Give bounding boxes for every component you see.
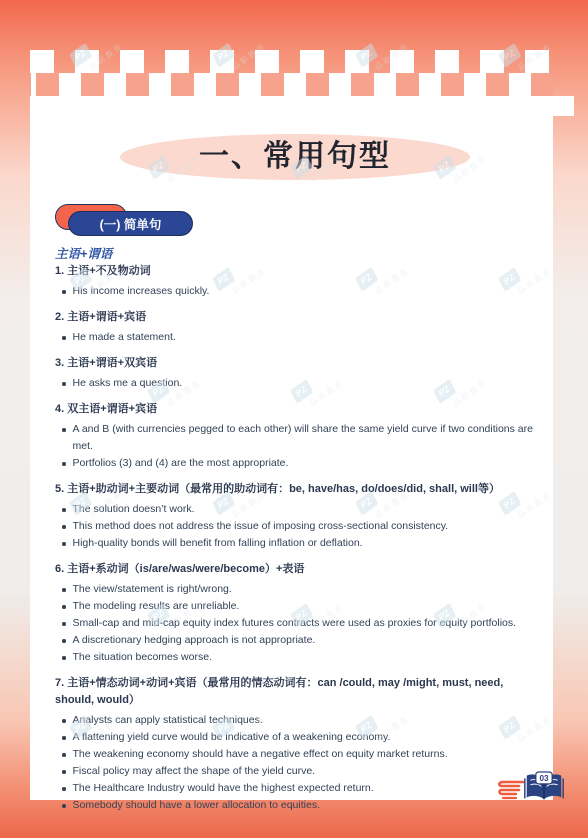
example-text: Small-cap and mid-cap equity index futur… bbox=[73, 615, 517, 632]
bullet-icon bbox=[62, 462, 66, 466]
bullet-icon bbox=[62, 588, 66, 592]
section-heading: 7. 主语+情态动词+动词+宾语（最常用的情态动词有：can /could, m… bbox=[55, 675, 545, 709]
example-text: A flattening yield curve would be indica… bbox=[73, 729, 391, 746]
bullet-icon bbox=[62, 542, 66, 546]
checker-pattern-top bbox=[30, 50, 553, 73]
example-text: Somebody should have a lower allocation … bbox=[73, 797, 321, 814]
example-item: Portfolios (3) and (4) are the most appr… bbox=[55, 455, 545, 472]
bullet-icon bbox=[62, 508, 66, 512]
corner-step-square bbox=[553, 96, 574, 116]
example-item: The modeling results are unreliable. bbox=[55, 598, 545, 615]
section-badge: (一) 简单句 bbox=[55, 204, 195, 238]
bullet-icon bbox=[62, 382, 66, 386]
pattern-section: 5. 主语+助动词+主要动词（最常用的助动词有：be, have/has, do… bbox=[55, 481, 545, 552]
badge-label: (一) 简单句 bbox=[68, 211, 193, 236]
example-text: He made a statement. bbox=[73, 329, 176, 346]
document-page: { "page": { "title": "一、常用句型", "badge": … bbox=[0, 0, 588, 838]
example-item: The weakening economy should have a nega… bbox=[55, 746, 545, 763]
example-item: His income increases quickly. bbox=[55, 283, 545, 300]
checker-pattern-bottom bbox=[30, 73, 553, 96]
example-text: The situation becomes worse. bbox=[73, 649, 212, 666]
example-list: He made a statement. bbox=[55, 329, 545, 346]
example-item: Small-cap and mid-cap equity index futur… bbox=[55, 615, 545, 632]
example-item: A flattening yield curve would be indica… bbox=[55, 729, 545, 746]
bullet-icon bbox=[62, 719, 66, 723]
example-item: This method does not address the issue o… bbox=[55, 518, 545, 535]
example-list: A and B (with currencies pegged to each … bbox=[55, 421, 545, 472]
example-item: A and B (with currencies pegged to each … bbox=[55, 421, 545, 455]
example-text: Analysts can apply statistical technique… bbox=[73, 712, 263, 729]
open-book-icon: 03 bbox=[524, 771, 564, 809]
section-heading: 5. 主语+助动词+主要动词（最常用的助动词有：be, have/has, do… bbox=[55, 481, 545, 498]
example-text: Fiscal policy may affect the shape of th… bbox=[73, 763, 316, 780]
title-banner: 一、常用句型 bbox=[120, 134, 470, 180]
bullet-icon bbox=[62, 804, 66, 808]
example-item: He asks me a question. bbox=[55, 375, 545, 392]
example-item: The solution doesn’t work. bbox=[55, 501, 545, 518]
pattern-section: 7. 主语+情态动词+动词+宾语（最常用的情态动词有：can /could, m… bbox=[55, 675, 545, 814]
example-text: He asks me a question. bbox=[73, 375, 183, 392]
example-text: The solution doesn’t work. bbox=[73, 501, 195, 518]
bullet-icon bbox=[62, 736, 66, 740]
example-text: A and B (with currencies pegged to each … bbox=[73, 421, 546, 455]
bullet-icon bbox=[62, 787, 66, 791]
example-list: Analysts can apply statistical technique… bbox=[55, 712, 545, 814]
example-item: He made a statement. bbox=[55, 329, 545, 346]
section-heading: 2. 主语+谓语+宾语 bbox=[55, 309, 545, 326]
example-list: He asks me a question. bbox=[55, 375, 545, 392]
example-item: The situation becomes worse. bbox=[55, 649, 545, 666]
example-item: Analysts can apply statistical technique… bbox=[55, 712, 545, 729]
example-list: The solution doesn’t work.This method do… bbox=[55, 501, 545, 552]
example-text: High-quality bonds will benefit from fal… bbox=[73, 535, 363, 552]
example-text: The modeling results are unreliable. bbox=[73, 598, 240, 615]
example-item: Somebody should have a lower allocation … bbox=[55, 797, 545, 814]
page-title: 一、常用句型 bbox=[199, 131, 391, 175]
bullet-icon bbox=[62, 525, 66, 529]
section-heading: 4. 双主语+谓语+宾语 bbox=[55, 401, 545, 418]
example-text: Portfolios (3) and (4) are the most appr… bbox=[73, 455, 289, 472]
example-list: The view/statement is right/wrong.The mo… bbox=[55, 581, 545, 666]
example-item: A discretionary hedging approach is not … bbox=[55, 632, 545, 649]
bullet-icon bbox=[62, 428, 66, 432]
example-list: His income increases quickly. bbox=[55, 283, 545, 300]
content-card: 一、常用句型 (一) 简单句 主语+谓语 1. 主语+不及物动词His inco… bbox=[30, 96, 553, 800]
example-text: His income increases quickly. bbox=[73, 283, 210, 300]
section-heading: 1. 主语+不及物动词 bbox=[55, 263, 545, 280]
example-text: The Healthcare Industry would have the h… bbox=[73, 780, 374, 797]
pattern-section: 3. 主语+谓语+双宾语He asks me a question. bbox=[55, 355, 545, 392]
section-heading: 6. 主语+系动词（is/are/was/were/become）+表语 bbox=[55, 561, 545, 578]
bullet-icon bbox=[62, 753, 66, 757]
page-number: 03 bbox=[539, 774, 549, 783]
bullet-icon bbox=[62, 336, 66, 340]
example-item: The Healthcare Industry would have the h… bbox=[55, 780, 545, 797]
bullet-icon bbox=[62, 639, 66, 643]
subheading: 主语+谓语 bbox=[55, 244, 112, 262]
example-text: This method does not address the issue o… bbox=[73, 518, 449, 535]
example-text: A discretionary hedging approach is not … bbox=[73, 632, 316, 649]
bullet-icon bbox=[62, 656, 66, 660]
bullet-icon bbox=[62, 770, 66, 774]
example-text: The weakening economy should have a nega… bbox=[73, 746, 448, 763]
pattern-section: 6. 主语+系动词（is/are/was/were/become）+表语The … bbox=[55, 561, 545, 666]
pattern-section: 2. 主语+谓语+宾语He made a statement. bbox=[55, 309, 545, 346]
example-item: The view/statement is right/wrong. bbox=[55, 581, 545, 598]
pages-icon bbox=[495, 778, 525, 809]
example-item: Fiscal policy may affect the shape of th… bbox=[55, 763, 545, 780]
pattern-section: 1. 主语+不及物动词His income increases quickly. bbox=[55, 263, 545, 300]
example-text: The view/statement is right/wrong. bbox=[73, 581, 232, 598]
bullet-icon bbox=[62, 622, 66, 626]
bullet-icon bbox=[62, 290, 66, 294]
example-item: High-quality bonds will benefit from fal… bbox=[55, 535, 545, 552]
bullet-icon bbox=[62, 605, 66, 609]
section-heading: 3. 主语+谓语+双宾语 bbox=[55, 355, 545, 372]
pattern-section: 4. 双主语+谓语+宾语A and B (with currencies peg… bbox=[55, 401, 545, 472]
sections-list: 1. 主语+不及物动词His income increases quickly.… bbox=[55, 263, 545, 823]
